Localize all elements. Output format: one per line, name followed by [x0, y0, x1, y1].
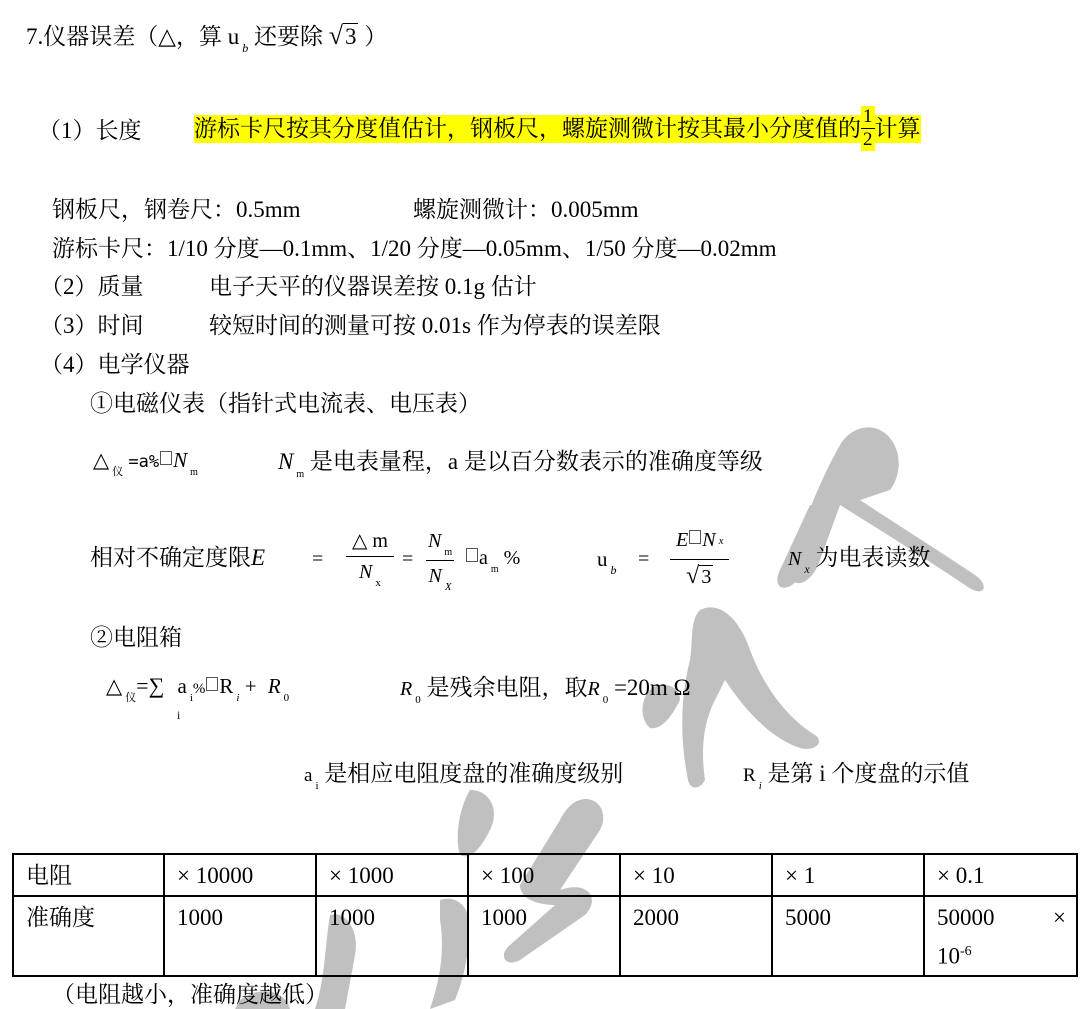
heading-subscript: b [242, 41, 248, 55]
table-row: 准确度 1000 1000 1000 2000 5000 50000× 10-6 [13, 896, 1077, 976]
placeholder-box-icon [206, 677, 218, 691]
table-header-cell: 电阻 [13, 854, 164, 896]
time-label: （3）时间 [40, 312, 144, 340]
table-header-cell: × 10000 [164, 854, 316, 896]
table-cell: 1000 [316, 896, 468, 976]
highlight-text: 游标卡尺按其分度值估计，钢板尺，螺旋测微计按其最小分度值的 [194, 115, 861, 143]
mass-label: （2）质量 [40, 273, 144, 301]
ub-symbol: ub [597, 547, 617, 572]
highlight-tail: 计算 [875, 115, 921, 143]
residual-resistance-desc: R0 是残余电阻，取R0 =20m Ω [400, 674, 691, 706]
equals-1: = [312, 548, 323, 571]
equals-3: = [638, 548, 649, 571]
nx-desc: Nx 为电表读数 [788, 544, 930, 575]
vernier-line: 游标卡尺：1/10 分度—0.1mm、1/20 分度—0.05mm、1/50 分… [52, 235, 777, 263]
meter-range-desc: Nm 是电表量程，a 是以百分数表示的准确度等级 [278, 448, 763, 481]
equals-2: = [402, 548, 413, 571]
steel-ruler-line: 钢板尺，钢卷尺：0.5mm [52, 196, 301, 224]
sqrt-symbol: √3 [329, 22, 359, 51]
table-header-cell: × 10 [620, 854, 772, 896]
table-cell: 50000× 10-6 [924, 896, 1077, 976]
time-text: 较短时间的测量可按 0.01s 作为停表的误差限 [209, 312, 661, 340]
ri-desc: Ri 是第 i 个度盘的示值 [743, 760, 969, 792]
am-percent: am % [465, 547, 520, 570]
table-cell: 1000 [164, 896, 316, 976]
length-label: （1）长度 [38, 117, 142, 145]
table-header-cell: × 100 [468, 854, 620, 896]
table-cell: 2000 [620, 896, 772, 976]
section-heading: 7.仪器误差（△，算 ub 还要除 √3 ） [26, 22, 387, 54]
ub-fraction: ENx √3 [670, 524, 729, 593]
fraction-nm-over-nx: Nm NX [426, 526, 454, 594]
table-cell: 1000 [468, 896, 620, 976]
table-note: （电阻越小，准确度越低） [52, 981, 328, 1009]
fraction-delta-over-nx: △ m Nx [346, 526, 394, 590]
length-highlight: 游标卡尺按其分度值估计，钢板尺，螺旋测微计按其最小分度值的 12 计算 [194, 106, 921, 151]
table-header-cell: × 0.1 [924, 854, 1077, 896]
resistance-box-title: ②电阻箱 [90, 624, 182, 652]
meter-formula: △仪 =a%Nm [93, 448, 198, 473]
placeholder-box-icon [160, 451, 172, 465]
relative-uncertainty-label: 相对不确定度限E [90, 544, 265, 572]
micrometer-line: 螺旋测微计：0.005mm [413, 196, 639, 224]
mass-text: 电子天平的仪器误差按 0.1g 估计 [209, 273, 537, 301]
table-header-cell: × 1 [772, 854, 924, 896]
electric-label: （4）电学仪器 [40, 351, 190, 379]
meter-title: ①电磁仪表（指针式电流表、电压表） [90, 390, 481, 418]
table-cell: 5000 [772, 896, 924, 976]
sum-index: i [177, 708, 180, 723]
table-header-cell: × 1000 [316, 854, 468, 896]
accuracy-table: 电阻 × 10000 × 1000 × 100 × 10 × 1 × 0.1 准… [12, 853, 1078, 977]
heading-text: 7.仪器误差（△，算 u [26, 24, 239, 49]
ai-desc: ai 是相应电阻度盘的准确度级别 [304, 760, 623, 792]
heading-text-2: 还要除 [248, 24, 323, 49]
placeholder-box-icon [466, 548, 478, 562]
box-formula: △仪=∑ ai%Ri + R0 [106, 673, 289, 699]
table-row-label: 准确度 [13, 896, 164, 976]
table-row: 电阻 × 10000 × 1000 × 100 × 10 × 1 × 0.1 [13, 854, 1077, 896]
placeholder-box-icon [689, 530, 701, 544]
heading-close: ） [364, 24, 387, 49]
half-fraction: 12 [861, 106, 875, 151]
